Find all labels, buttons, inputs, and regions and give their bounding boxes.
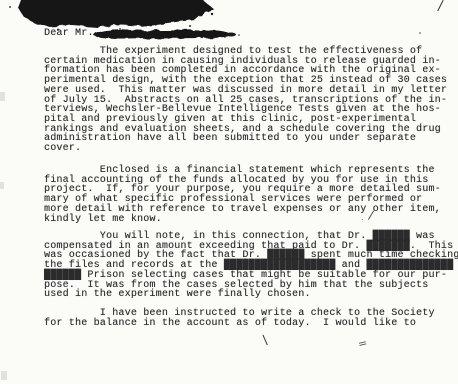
pen-mark-bottom-left: \ — [262, 334, 268, 347]
scan-speck — [419, 32, 421, 34]
scan-edge-artifact — [0, 182, 4, 189]
redaction-overlay — [0, 0, 458, 52]
scan-edge-artifact — [1, 371, 7, 380]
scan-edge-artifact — [0, 92, 5, 101]
redaction-blob-heading — [18, 0, 214, 31]
redaction-bar-recipient-name — [94, 30, 240, 39]
salutation: Dear Mr. — [44, 29, 94, 39]
pen-dot: . — [361, 214, 364, 222]
scan-speck — [9, 6, 11, 8]
pen-mark-top-right: / — [437, 0, 444, 13]
pen-mark-bottom-right: = — [357, 337, 369, 350]
paragraph-compensation-redacted: You will note, in this connection, that … — [44, 232, 458, 300]
letter-page: Dear Mr. The experiment designed to test… — [0, 0, 458, 384]
paragraph-check-society: I have been instructed to write a check … — [44, 309, 435, 328]
paragraph-financial-statement: Enclosed is a financial statement which … — [44, 166, 441, 224]
paragraph-experiment-summary: The experiment designed to test the effe… — [44, 47, 447, 154]
